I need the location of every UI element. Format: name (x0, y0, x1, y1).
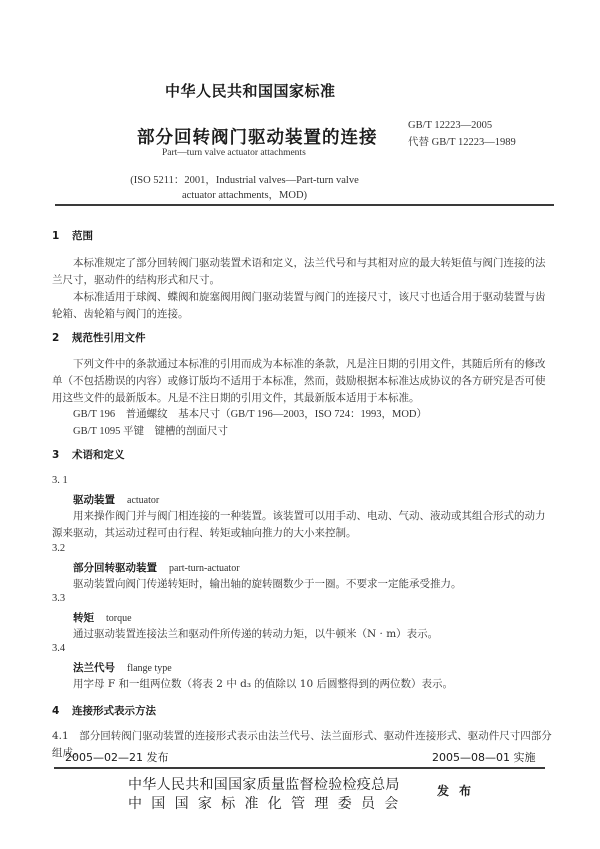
term-heading: 转矩torque (73, 610, 132, 625)
term-cn: 法兰代号 (73, 662, 115, 674)
term-en: flange type (127, 663, 172, 674)
section-number: 1 (52, 230, 72, 242)
term-definition: 用来操作阀门并与阀门相连接的一种装置。该装置可以用手动、电动、气动、液动或其组合… (52, 508, 552, 542)
section-2-paragraph-1: 下列文件中的条款通过本标准的引用而成为本标准的条款，凡是注日期的引用文件，其随后… (52, 356, 552, 407)
section-1-heading: 1范围 (52, 228, 93, 243)
term-definition: 通过驱动装置连接法兰和驱动件所传递的转动力矩，以牛顿米（N · m）表示。 (73, 626, 438, 641)
section-2-heading: 2规范性引用文件 (52, 330, 146, 345)
term-id: 3. 1 (52, 475, 68, 486)
term-id: 3.3 (52, 593, 65, 604)
issue-label: 发布 (437, 782, 481, 799)
term-definition: 用字母 F 和一组两位数（将表 2 中 d₃ 的值除以 10 后圆整得到的两位数… (73, 676, 453, 691)
section-1-paragraph-1: 本标准规定了部分回转阀门驱动装置术语和定义，法兰代号和与其相对应的最大转矩值与阀… (52, 255, 552, 289)
section-title: 规范性引用文件 (72, 332, 146, 344)
section-4-heading: 4连接形式表示方法 (52, 703, 156, 718)
section-3-heading: 3术语和定义 (52, 447, 125, 462)
header-divider (55, 204, 554, 206)
term-en: torque (106, 613, 132, 624)
section-number: 2 (52, 332, 72, 344)
term-en: part-turn-actuator (169, 563, 240, 574)
section-title: 范围 (72, 230, 93, 242)
section-number: 3 (52, 449, 72, 461)
issuer-sac: 中国国家标准化管理委员会 (128, 793, 408, 813)
term-heading: 部分回转驱动装置part-turn-actuator (73, 560, 240, 575)
term-cn: 部分回转驱动装置 (73, 562, 157, 574)
section-title: 术语和定义 (72, 449, 125, 461)
publish-date: 2005—02—21 发布 (65, 749, 169, 765)
issuer-aqsiq: 中华人民共和国国家质量监督检验检疫总局 (128, 774, 400, 794)
iso-reference: (ISO 5211：2001，Industrial valves—Part-tu… (127, 173, 362, 203)
implement-date: 2005—08—01 实施 (432, 749, 536, 765)
national-standard-heading: 中华人民共和国国家标准 (165, 80, 336, 101)
document-title-en: Part—turn valve actuator attachments (162, 148, 306, 158)
term-id: 3.2 (52, 543, 65, 554)
reference-item: GB/T 196 普通螺纹 基本尺寸（GB/T 196—2003，ISO 724… (73, 406, 427, 421)
term-en: actuator (127, 495, 159, 506)
term-cn: 转矩 (73, 612, 94, 624)
reference-item: GB/T 1095 平键 键槽的剖面尺寸 (73, 423, 228, 438)
term-id: 3.4 (52, 643, 65, 654)
term-definition: 驱动装置向阀门传递转矩时，输出轴的旋转圈数少于一圈。不要求一定能承受推力。 (73, 576, 462, 591)
replaces-standard: 代替 GB/T 12223—1989 (408, 134, 516, 151)
term-heading: 法兰代号flange type (73, 660, 172, 675)
section-number: 4 (52, 705, 72, 717)
standard-number: GB/T 12223—2005 (408, 117, 516, 134)
footer-divider (54, 767, 545, 769)
standard-number-block: GB/T 12223—2005 代替 GB/T 12223—1989 (408, 117, 516, 151)
term-heading: 驱动装置actuator (73, 492, 159, 507)
document-title-cn: 部分回转阀门驱动装置的连接 (137, 124, 378, 149)
term-cn: 驱动装置 (73, 494, 115, 506)
section-1-paragraph-2: 本标准适用于球阀、蝶阀和旋塞阀用阀门驱动装置与阀门的连接尺寸，该尺寸也适合用于驱… (52, 289, 552, 323)
section-title: 连接形式表示方法 (72, 705, 156, 717)
